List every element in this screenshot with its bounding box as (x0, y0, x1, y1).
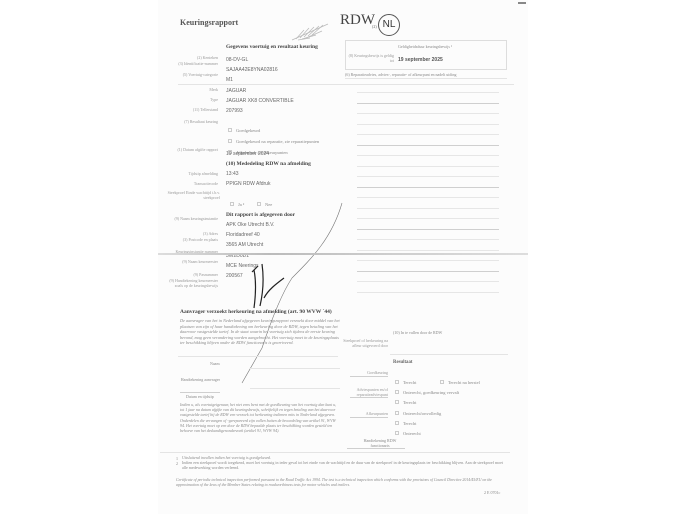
field-value-make: JAGUAR (226, 88, 246, 94)
repair-entry-line[interactable] (357, 155, 499, 156)
divider (345, 78, 507, 79)
field-label: (9) Pasnummer (166, 273, 218, 278)
inspector-signature (232, 198, 352, 388)
result-label: (7) Resultaat keuring (166, 120, 218, 125)
issue-date: 19 september 2024 (226, 151, 269, 157)
repair-entry-line[interactable] (357, 197, 499, 198)
repair-entry-line[interactable] (357, 281, 499, 282)
vehicle-section-title: Gegevens voertuig en resultaat keuring (226, 44, 318, 50)
divider (180, 392, 220, 393)
divider (178, 84, 514, 85)
date-label: (1) Datum afgifte rapport (166, 148, 218, 153)
notification-section-title: (10) Mededeling RDW na afmelding (226, 161, 311, 167)
footnote: 2Indien een steekproef wordt toegekend, … (176, 461, 506, 470)
country-marker: (2) (372, 24, 377, 29)
repair-entry-line[interactable] (357, 250, 499, 251)
divider (390, 354, 508, 355)
footnotes: 1Uitsluitend invullen indien het voertui… (176, 456, 506, 470)
rdw-row-label: Afkeurpunten (340, 412, 388, 417)
repair-entry-line[interactable] (357, 229, 499, 230)
appeal-text: De aanvrager van het in Nederland afgege… (180, 318, 340, 346)
repair-entry-line[interactable] (357, 218, 499, 219)
rdw-section-title: (10) In te vullen door de RDW (393, 330, 442, 335)
repair-entry-line[interactable] (357, 271, 499, 272)
field-label: (9) Naam keurmeester (166, 260, 218, 265)
repair-entry-line[interactable] (357, 113, 499, 114)
field-label: Tijdstip afmelding (166, 172, 218, 177)
rdw-steekproef-label: Steekproef of herkeuring na afleur uitge… (340, 339, 388, 348)
steekproef-label: Steekproef Einde wachttijd t.b.v. steekp… (166, 191, 220, 200)
english-certificate-note: Certificate of periodic technical inspec… (176, 478, 506, 488)
divider (350, 397, 388, 398)
datetime-label: Datum en tijdstip (186, 394, 214, 399)
signature-line[interactable] (250, 388, 340, 389)
repair-entry-line[interactable] (357, 145, 499, 146)
name-line[interactable] (250, 368, 340, 369)
field-label: (3) Postcode en plaats (166, 238, 218, 243)
validity-label: (8) Keuringsbewijs is geldig tot (346, 54, 394, 63)
field-value-type: JAGUAR XK8 CONVERTIBLE (226, 98, 294, 104)
field-label: Transactiecode (166, 182, 218, 187)
field-label: (2) Kenteken (166, 56, 218, 61)
checkbox[interactable] (395, 431, 399, 435)
field-label: Merk (166, 88, 218, 93)
owner-appeal-text: Indien u, als voertuigeigenaar, het niet… (180, 402, 340, 433)
repair-entry-line[interactable] (357, 260, 499, 261)
divider (178, 356, 338, 357)
field-value-kenteken: 08-DV-GL (226, 57, 248, 63)
repair-entry-line[interactable] (357, 166, 499, 167)
repair-section-title: (6) Reparatieadvies, advies-, reparatie-… (345, 72, 457, 77)
appeal-section-title: Aanvrager verzoekt herkeuring na afmeldi… (180, 309, 332, 315)
repair-entry-line[interactable] (357, 92, 499, 93)
transaction-code: PPIGN RDW Afdruk (226, 181, 270, 187)
repair-entry-line[interactable] (357, 176, 499, 177)
validity-title: Geldigheidsduur keuringsbewijs ¹ (398, 44, 452, 49)
rdw-row-label: Goedkeuring (340, 371, 388, 376)
repair-entry-line[interactable] (357, 103, 499, 104)
repair-entry-line[interactable] (357, 124, 499, 125)
field-label: Type (166, 98, 218, 103)
field-value-category: M1 (226, 77, 233, 83)
field-label: (5) Voertuig-categorie (166, 73, 218, 78)
divider (347, 448, 405, 449)
result-title: Resultaat (393, 360, 412, 365)
divider (350, 417, 388, 418)
repair-lines (357, 92, 499, 302)
rdw-signature-label: Handtekening RDW functionaris (360, 438, 400, 448)
rdw-logo: RDW (340, 12, 375, 29)
repair-entry-line[interactable] (357, 239, 499, 240)
notification-time: 13:43 (226, 171, 239, 177)
divider (160, 452, 510, 453)
inspector-signature-label: (9) Handtekening keurmeester zoals op de… (166, 279, 218, 288)
rdw-feather-logo-icon (290, 22, 330, 42)
field-label: (11) Tellerstand (166, 108, 218, 113)
repair-entry-line[interactable] (357, 208, 499, 209)
form-code: 2 E 0701c (484, 490, 500, 495)
field-label: (9) Naam keuringsinstantie (166, 217, 218, 222)
field-value-vin: SAJAA42E8YNA02816 (226, 67, 278, 73)
field-label: (3) Identificatie-nummer (166, 62, 218, 67)
divider (350, 376, 388, 377)
document-title: Keuringsrapport (180, 18, 238, 27)
valid-until-date: 19 september 2025 (398, 57, 443, 63)
name-label: Naam (210, 361, 220, 366)
field-label: (3) Adres (166, 232, 218, 237)
field-value-odometer: 207993 (226, 108, 243, 114)
repair-entry-line[interactable] (357, 292, 499, 293)
rdw-row-label: Adviespunten en/of reparatieadviespunt (340, 388, 388, 397)
repair-entry-line[interactable] (357, 187, 499, 188)
applicant-signature-label: Handtekening aanvrager (180, 377, 220, 382)
scan-mark (518, 2, 526, 4)
country-code-badge: NL (378, 14, 400, 36)
repair-entry-line[interactable] (357, 134, 499, 135)
